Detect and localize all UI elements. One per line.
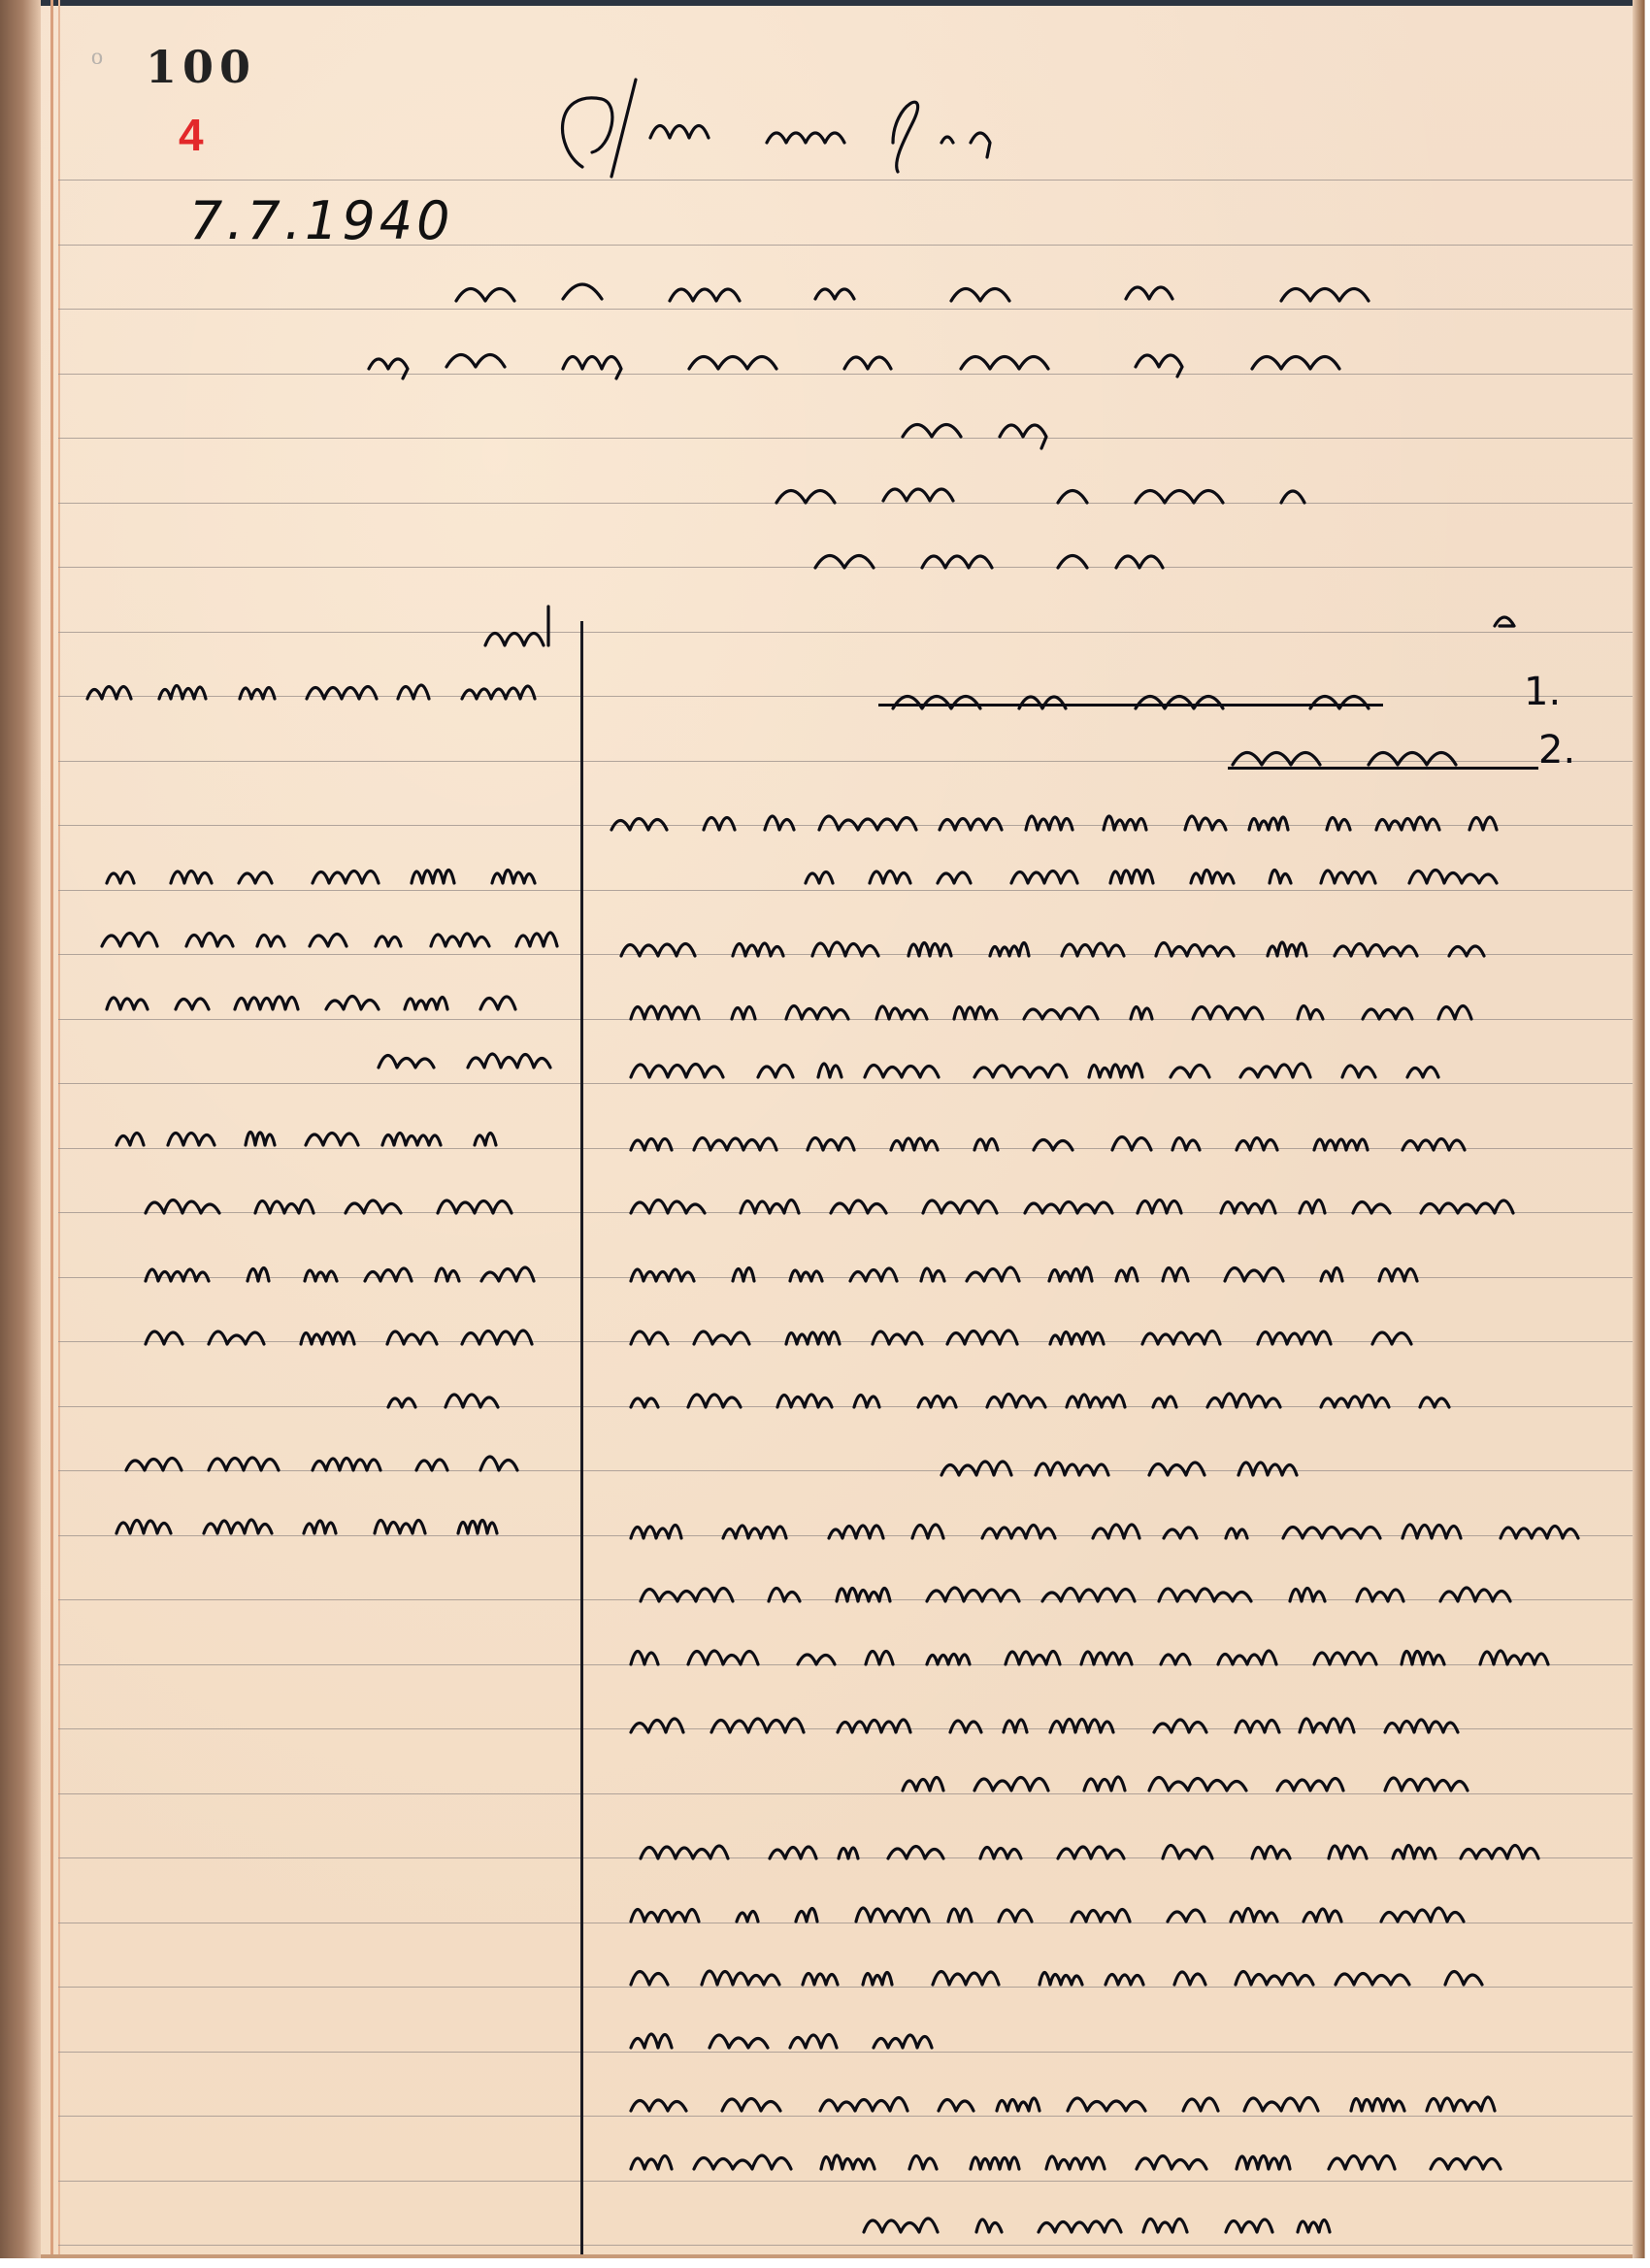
column-divider [580, 621, 583, 2261]
attendance-line-2 [359, 340, 1446, 378]
attendance-line-1 [446, 272, 1436, 311]
handwritten-line [621, 1956, 1495, 1994]
handwritten-line [621, 1509, 1543, 1548]
ruled-line [58, 632, 1633, 633]
handwritten-line [893, 1761, 1475, 1800]
handwritten-line [136, 1184, 553, 1223]
item-number-1: 1. [1524, 670, 1561, 714]
handwritten-line [621, 1048, 1475, 1087]
handwritten-line [379, 1378, 553, 1417]
handwritten-line [611, 927, 1543, 966]
handwritten-line [621, 2203, 622, 2242]
corner-mark [1490, 607, 1519, 636]
side-column-heading [476, 597, 563, 655]
stamp-number: 100 [146, 41, 256, 93]
attendance-line-3 [893, 408, 1106, 446]
handwritten-line [796, 854, 1475, 893]
handwritten-line [621, 1252, 1475, 1291]
handwritten-line [92, 917, 558, 956]
handwritten-line [621, 1315, 1475, 1354]
item-number-2: 2. [1538, 728, 1575, 772]
handwritten-line [621, 990, 1495, 1029]
handwritten-line [631, 1829, 1543, 1868]
handwritten-line [136, 1252, 544, 1291]
handwritten-line [116, 1441, 553, 1480]
book-binding [0, 0, 41, 2261]
ruled-line [58, 2245, 1633, 2246]
handwritten-line [107, 1504, 108, 1543]
title-handwriting [544, 50, 1009, 186]
handwritten-line [136, 1315, 553, 1354]
handwritten-line [621, 1184, 1466, 1223]
handwritten-line [854, 2203, 1378, 2242]
handwritten-line [932, 1446, 1320, 1485]
scan-top-edge [0, 0, 1650, 6]
item-heading-1-underline [878, 704, 1383, 707]
attendance-line-5 [806, 539, 1194, 577]
item-heading-2-underline [1228, 767, 1538, 770]
page-right-edge [1633, 0, 1650, 2268]
handwritten-line [97, 980, 553, 1019]
handwritten-line [621, 2019, 971, 2057]
handwritten-line [107, 1116, 553, 1155]
ruled-line [58, 2181, 1633, 2182]
item-heading-1 [883, 679, 1466, 718]
handwritten-line [621, 1378, 1466, 1417]
margin-line [50, 0, 53, 2261]
handwritten-line [621, 1635, 1553, 1674]
handwritten-line [631, 1572, 1524, 1611]
ledger-page: ͦͦ 100 4 7.7.1940 1. 2. [0, 0, 1650, 2268]
handwritten-line [107, 1504, 553, 1543]
attendance-line-4 [767, 474, 1349, 512]
handwritten-line [621, 2140, 1495, 2179]
handwritten-line [621, 1892, 1495, 1931]
handwritten-line [369, 1038, 544, 1077]
handwritten-line [621, 1703, 1495, 1742]
ruled-line [58, 438, 1633, 439]
handwritten-line [78, 670, 563, 708]
handwritten-line [97, 854, 553, 893]
scan-bottom-margin [0, 2258, 1650, 2268]
page-marker: 4 [179, 109, 204, 161]
document-date: 7.7.1940 [189, 190, 453, 251]
handwritten-line [621, 1121, 1466, 1160]
handwritten-line [621, 2082, 1543, 2120]
handwritten-line [602, 801, 1514, 839]
